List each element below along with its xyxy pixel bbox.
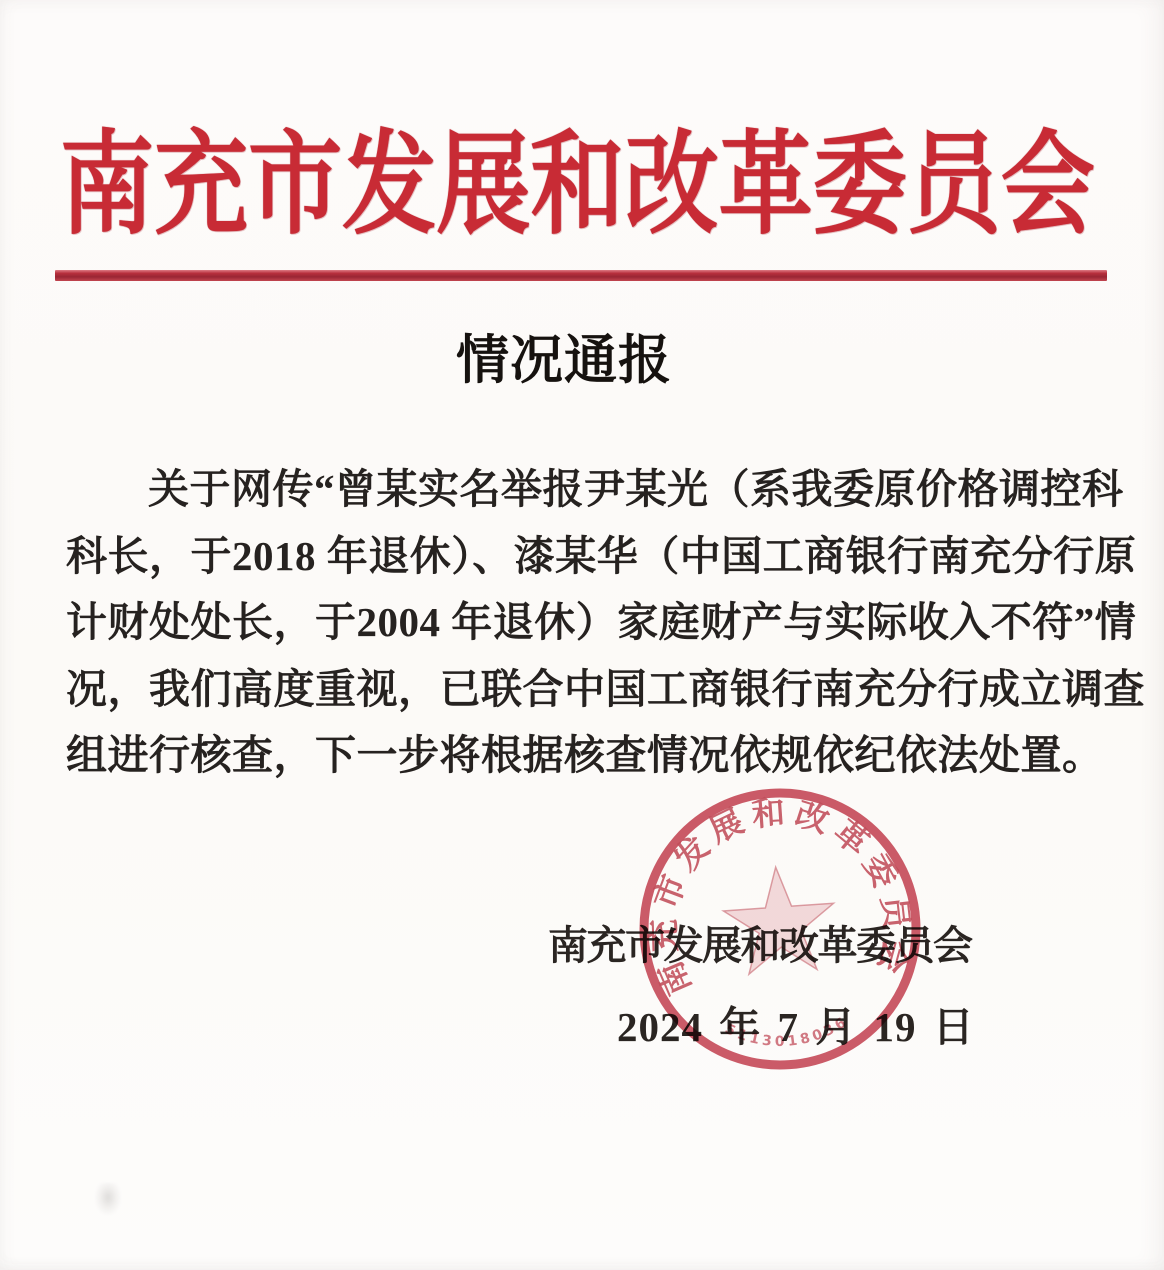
body-line: 计财处处长，于2004 年退休）家庭财产与实际收入不符”情 [66, 589, 1082, 656]
notice-title: 情况通报 [0, 318, 1146, 394]
seal-serial-number: 5113018036 [721, 1013, 853, 1055]
agency-title: 南充市发展和改革委员会 [60, 124, 1095, 249]
svg-text:5113018036: 5113018036 [721, 1013, 853, 1055]
body-line: 况，我们高度重视，已联合中国工商银行南充分行成立调查 [66, 656, 1082, 723]
star-icon [721, 863, 838, 975]
title-divider-rule [55, 270, 1107, 281]
body-paragraph: 关于网传“曾某实名举报尹某光（系我委原价格调控科 科长，于2018 年退休）、漆… [66, 456, 1082, 789]
document-page: 南充市发展和改革委员会 情况通报 关于网传“曾某实名举报尹某光（系我委原价格调控… [0, 0, 1164, 1270]
official-seal: 南充市发展和改革委员会 5113018036 [620, 769, 940, 1089]
body-line: 科长，于2018 年退休）、漆某华（中国工商银行南充分行原 [66, 523, 1082, 590]
body-line: 关于网传“曾某实名举报尹某光（系我委原价格调控科 [66, 456, 1082, 523]
body-line: 组进行核查，下一步将根据核查情况依规依纪依法处置。 [66, 722, 1082, 789]
scan-smudge [95, 1183, 121, 1215]
